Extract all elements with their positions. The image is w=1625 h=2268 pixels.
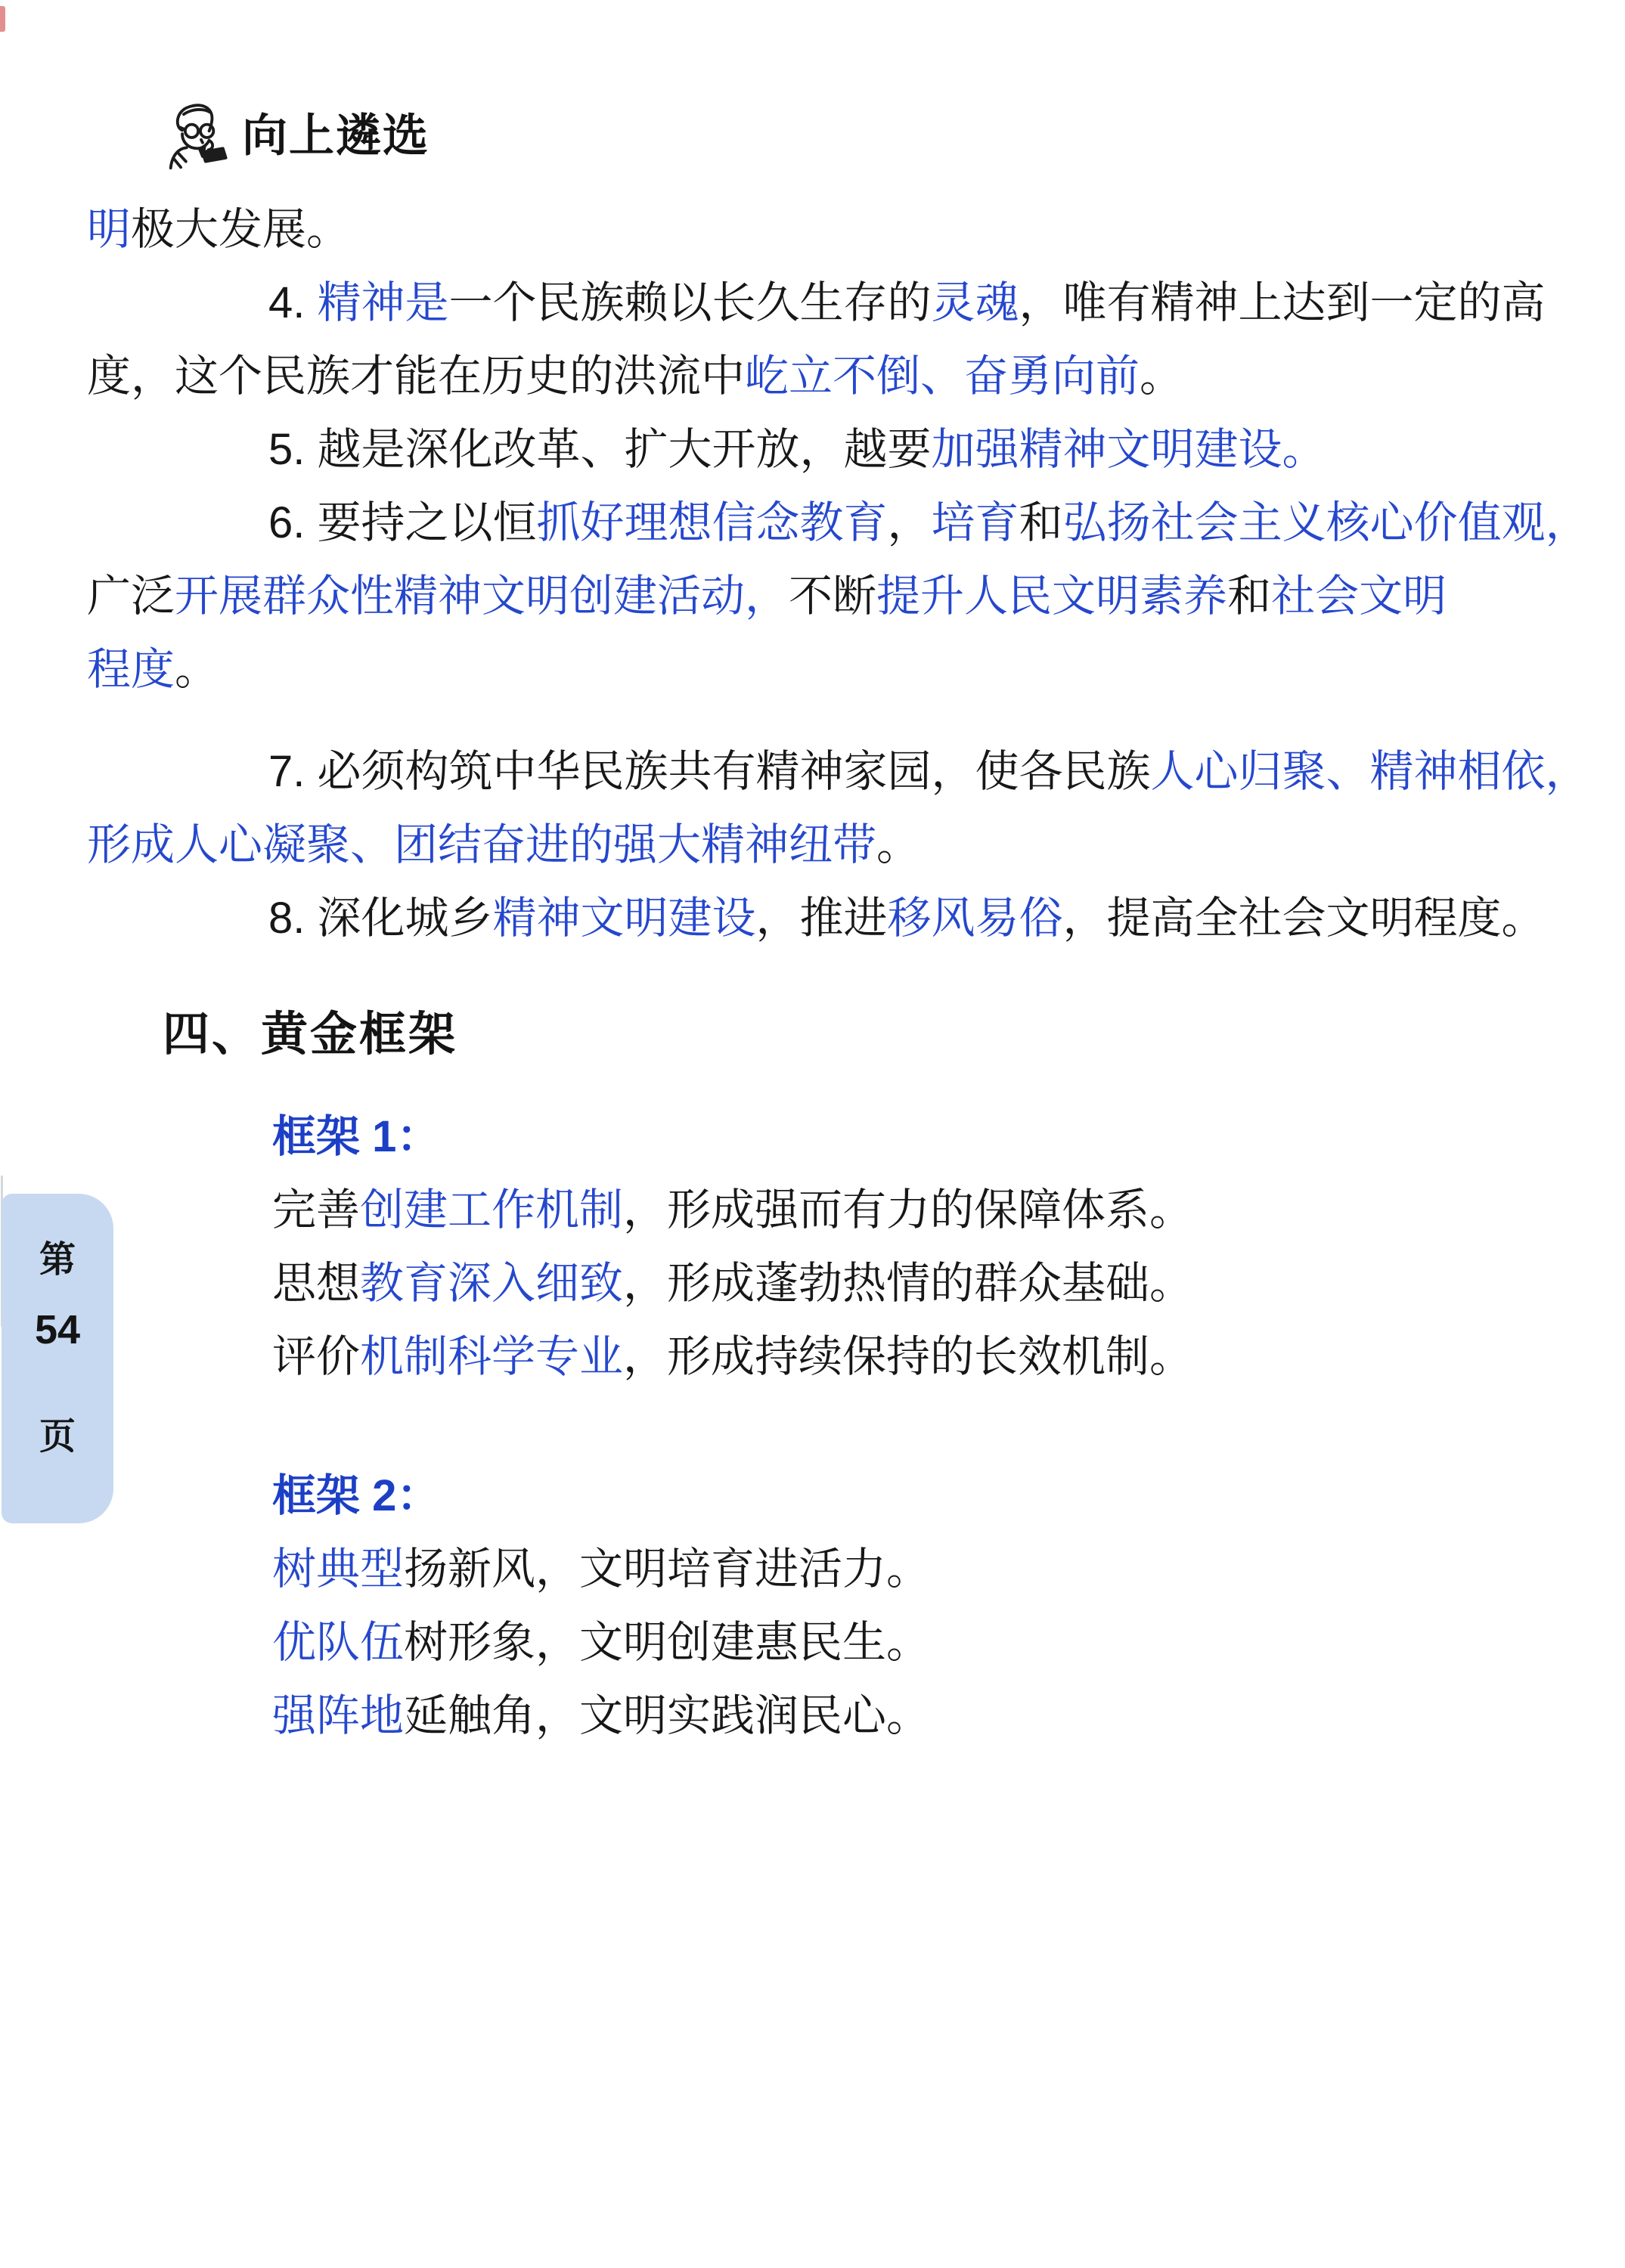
body-text: ，唯有精神上达到一定的高 — [1019, 278, 1546, 327]
highlighted-text: 提升人民文明素养 — [876, 572, 1227, 621]
body-text: 7. 必须构筑中华民族共有精神家园，使各民族 — [268, 747, 1151, 796]
highlighted-text: 社会文明 — [1271, 572, 1447, 621]
frame-1: 框架 1： 完善创建工作机制，形成强而有力的保障体系。思想教育深入细致，形成蓬勃… — [87, 1100, 1596, 1393]
body-text: ，形成蓬勃热情的群众基础。 — [623, 1259, 1193, 1308]
scholar-person-icon — [165, 100, 237, 172]
text-line: 评价机制科学专业，形成持续保持的长效机制。 — [272, 1320, 1596, 1393]
body-text: 8. 深化城乡 — [268, 894, 493, 943]
document-page: 向上遴选 明极大发展。4. 精神是一个民族赖以长久生存的灵魂，唯有精神上达到一定… — [0, 0, 1625, 2268]
highlighted-text: 精神文明建设 — [493, 894, 756, 943]
body-text: 完善 — [272, 1185, 360, 1235]
body-text: ， — [888, 498, 932, 547]
page-title: 向上遴选 — [242, 100, 430, 172]
notes-list: 明极大发展。4. 精神是一个民族赖以长久生存的灵魂，唯有精神上达到一定的高度，这… — [87, 193, 1596, 955]
page-number: 54 — [35, 1306, 80, 1354]
body-text: 。 — [876, 820, 920, 869]
frame-2-lines: 树典型扬新风，文明培育进活力。优队伍树形象，文明创建惠民生。强阵地延触角，文明实… — [272, 1532, 1596, 1752]
page-content: 明极大发展。4. 精神是一个民族赖以长久生存的灵魂，唯有精神上达到一定的高度，这… — [87, 193, 1596, 1752]
section-heading-golden-frames: 四、黄金框架 — [163, 998, 1596, 1071]
highlighted-text: 优队伍 — [272, 1618, 404, 1667]
highlighted-text: 树典型 — [272, 1545, 404, 1594]
text-line: 度，这个民族才能在历史的洪流中屹立不倒、奋勇向前。 — [87, 339, 1596, 413]
frame-2-title: 框架 2： — [272, 1459, 1596, 1532]
highlighted-text: 屹立不倒、奋勇向前 — [745, 352, 1140, 401]
text-line: 优队伍树形象，文明创建惠民生。 — [272, 1606, 1596, 1679]
body-text: 广泛 — [87, 572, 175, 621]
highlighted-text: 弘扬社会主义核心价值观， — [1063, 498, 1589, 547]
highlighted-text: 创建工作机制 — [360, 1185, 623, 1235]
body-text: 6. 要持之以恒 — [268, 498, 537, 547]
text-line: 广泛开展群众性精神文明创建活动，不断提升人民文明素养和社会文明 — [87, 559, 1596, 633]
text-line: 思想教育深入细致，形成蓬勃热情的群众基础。 — [272, 1247, 1596, 1320]
text-line: 明极大发展。 — [87, 193, 1596, 266]
text-line: 程度。 — [87, 633, 1596, 706]
body-text: ，推进 — [756, 894, 888, 943]
highlighted-text: 形成人心凝聚、团结奋进的强大精神纽带 — [87, 820, 876, 869]
highlighted-text: 人心归聚、精神相依， — [1151, 747, 1589, 796]
highlighted-text: 明 — [87, 205, 131, 254]
page-tab-suffix: 页 — [39, 1414, 76, 1460]
frame-1-lines: 完善创建工作机制，形成强而有力的保障体系。思想教育深入细致，形成蓬勃热情的群众基… — [272, 1173, 1596, 1393]
highlighted-text: 机制科学专业 — [360, 1332, 623, 1381]
highlighted-text: 抓好理想信念教育 — [537, 498, 888, 547]
text-line: 6. 要持之以恒抓好理想信念教育，培育和弘扬社会主义核心价值观， — [87, 486, 1596, 559]
body-text: 5. 越是深化改革、扩大开放，越要 — [268, 425, 932, 474]
highlighted-text: 培育 — [932, 498, 1019, 547]
frame-2: 框架 2： 树典型扬新风，文明培育进活力。优队伍树形象，文明创建惠民生。强阵地延… — [87, 1459, 1596, 1752]
body-text: 度，这个民族才能在历史的洪流中 — [87, 352, 745, 401]
frame-1-title: 框架 1： — [272, 1100, 1596, 1173]
page-tab-prefix: 第 — [39, 1238, 76, 1283]
body-text: 4. — [268, 278, 318, 327]
text-line: 5. 越是深化改革、扩大开放，越要加强精神文明建设。 — [87, 413, 1596, 486]
body-text: ，提高全社会文明程度。 — [1063, 894, 1546, 943]
body-text: 。 — [175, 645, 219, 694]
text-line: 4. 精神是一个民族赖以长久生存的灵魂，唯有精神上达到一定的高 — [87, 266, 1596, 339]
body-text: ，形成强而有力的保障体系。 — [623, 1185, 1193, 1235]
body-text: 树形象，文明创建惠民生。 — [404, 1618, 930, 1667]
body-text: 极大发展。 — [131, 205, 350, 254]
body-text: 扬新风，文明培育进活力。 — [404, 1545, 930, 1594]
body-text: 延触角，文明实践润民心。 — [404, 1691, 930, 1740]
text-line: 7. 必须构筑中华民族共有精神家园，使各民族人心归聚、精神相依， — [87, 735, 1596, 808]
body-text: ，形成持续保持的长效机制。 — [623, 1332, 1193, 1381]
body-text: 和 — [1227, 572, 1271, 621]
highlighted-text: 灵魂 — [932, 278, 1019, 327]
highlighted-text: 移风易俗 — [888, 894, 1063, 943]
text-line: 树典型扬新风，文明培育进活力。 — [272, 1532, 1596, 1606]
highlighted-text: 教育深入细致 — [360, 1259, 623, 1308]
body-text: 一个民族赖以长久生存的 — [449, 278, 932, 327]
text-line: 8. 深化城乡精神文明建设，推进移风易俗，提高全社会文明程度。 — [87, 881, 1596, 955]
body-text: 思想 — [272, 1259, 360, 1308]
highlighted-text: 强阵地 — [272, 1691, 404, 1740]
body-text: 。 — [1140, 352, 1183, 401]
page-number-tab: 第 54 页 — [2, 1194, 113, 1523]
body-text: 不断 — [789, 572, 876, 621]
highlighted-text: 精神是 — [318, 278, 449, 327]
text-line: 强阵地延触角，文明实践润民心。 — [272, 1679, 1596, 1752]
scan-red-mark — [0, 6, 5, 32]
page-header: 向上遴选 — [165, 100, 430, 172]
highlighted-text: 程度 — [87, 645, 175, 694]
text-line: 完善创建工作机制，形成强而有力的保障体系。 — [272, 1173, 1596, 1247]
highlighted-text: 开展群众性精神文明创建活动， — [175, 572, 789, 621]
body-text: 和 — [1019, 498, 1063, 547]
text-line: 形成人心凝聚、团结奋进的强大精神纽带。 — [87, 808, 1596, 881]
body-text: 评价 — [272, 1332, 360, 1381]
highlighted-text: 加强精神文明建设。 — [932, 425, 1326, 474]
